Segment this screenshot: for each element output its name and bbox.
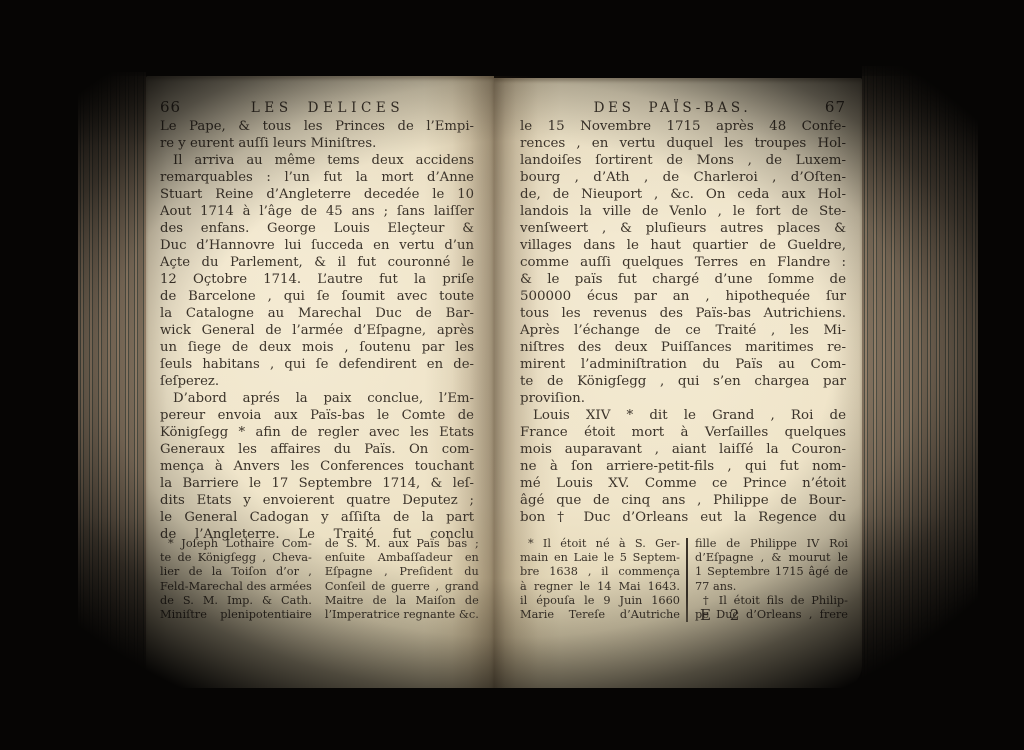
left-page-text: 66 LES DELICES Le Pape, & tous les Princ… [160,98,474,543]
footnote-line: lier de la Toiſon d’or , [160,565,312,579]
footnote-line: Feld-Marechal des armées [160,580,312,594]
footnote-line: * Il étoit né à S. Ger- [520,537,680,551]
body-text-line: mé Louis XV. Comme ce Prince n’étoit [520,475,846,492]
footnote-line: 1 Septembre 1715 âgé de [695,565,848,579]
body-text-line: landois la ville de Venlo , le fort de S… [520,203,846,220]
body-text-line: 12 Oçtobre 1714. L’autre fut la priſe [160,271,474,288]
left-footnote: * Joſeph Lothaire Com-te de Königſegg , … [160,537,476,622]
body-text-line: bourg , d’Ath , de Charleroi , d’Oſten- [520,169,846,186]
body-text-line: mença à Anvers les Conferences touchant [160,458,474,475]
body-text-line: remarquables : l’un fut la mort d’Anne [160,169,474,186]
body-text-line: mois auparavant , aiant laiſſé la Couron… [520,441,846,458]
body-text-line: Il arriva au même tems deux accidens [160,152,474,169]
body-text-line: proviſion. [520,390,846,407]
book-photo: 66 LES DELICES Le Pape, & tous les Princ… [0,0,1024,750]
footnote-line: de S. M. aux Païs bas ; [325,537,479,551]
body-text-line: landoiſes ſortirent de Mons , de Luxem- [520,152,846,169]
right-fore-edge [862,66,978,690]
left-page-number: 66 [160,98,181,116]
body-text-line: wick General de l’armée d’Eſpagne, après [160,322,474,339]
right-running-head: DES PAÏS-BAS. 67 [520,98,846,117]
right-page-number: 67 [825,98,846,116]
footnote-column: * Il étoit né à S. Ger-main en Laie le 5… [520,537,680,622]
right-running-title: DES PAÏS-BAS. [520,100,825,116]
body-text-line: ſeſperez. [160,373,474,390]
footnote-line: te de Königſegg , Cheva- [160,551,312,565]
body-text-line: de, de Nieuport , &c. On ceda aux Hol- [520,186,846,203]
left-running-head: 66 LES DELICES [160,98,474,117]
body-text-line: venſweert , & pluſieurs autres places & [520,220,846,237]
right-footnote: * Il étoit né à S. Ger-main en Laie le 5… [520,537,848,622]
body-text-line: Königſegg * afin de regler avec les Etat… [160,424,474,441]
body-text-line: D’abord aprés la paix conclue, l’Em- [160,390,474,407]
body-text-line: Açte du Parlement, & il fut couronné le [160,254,474,271]
left-fore-edge [78,72,146,690]
footnote-line: bre 1638 , il commença [520,565,680,579]
footnote-line: 77 ans. [695,580,848,594]
right-page-text: DES PAÏS-BAS. 67 le 15 Novembre 1715 apr… [520,98,846,526]
body-text-line: & le païs fut chargé d’une ſomme de [520,271,846,288]
footnote-line: il épouſa le 9 Juin 1660 [520,594,680,608]
body-text-line: Stuart Reine d’Angleterre decedée le 10 [160,186,474,203]
body-text-line: rences , en vertu duquel les troupes Hol… [520,135,846,152]
footnote-line: fille de Philippe IV Roi [695,537,848,551]
left-running-title: LES DELICES [181,100,474,116]
body-text-line: dits Etats y envoierent quatre Deputez ; [160,492,474,509]
body-text-line: Aout 1714 à l’âge de 45 ans ; ſans laiſſ… [160,203,474,220]
body-text-line: Le Pape, & tous les Princes de l’Empi- [160,118,474,135]
body-text-line: mirent l’adminiſtration du Païs au Com- [520,356,846,373]
signature-mark: E 2 [700,606,746,624]
footnote-line: de S. M. Imp. & Cath. [160,594,312,608]
body-text-line: Après l’échange de ce Traité , les Mi- [520,322,846,339]
body-text-line: comme auſſi quelques Terres en Flandre : [520,254,846,271]
top-shadow [0,0,1024,76]
body-text-line: âgé que de cinq ans , Philippe de Bour- [520,492,846,509]
footnote-line: Conſeil de guerre , grand [325,580,479,594]
body-text-line: villages dans le haut quartier de Gueldr… [520,237,846,254]
body-text-line: pereur envoia aux Païs-bas le Comte de [160,407,474,424]
body-text-line: 500000 écus par an , hipothequée ſur [520,288,846,305]
footnote-line: d’Eſpagne , & mourut le [695,551,848,565]
body-text-line: ne à ſon arriere-petit-fils , qui fut no… [520,458,846,475]
footnote-column: de S. M. aux Païs bas ;enſuite Ambaſſade… [325,537,479,622]
body-text-line: bon † Duc d’Orleans eut la Regence du [520,509,846,526]
footnote-line: Eſpagne , Preſident du [325,565,479,579]
footnote-line: enſuite Ambaſſadeur en [325,551,479,565]
body-text-line: ſeuls habitans , qui ſe defendirent en d… [160,356,474,373]
bottom-shadow [0,688,1024,750]
body-text-line: un ſiege de deux mois , ſoutenu par les [160,339,474,356]
body-text-line: la Barriere le 17 Septembre 1714, & leſ- [160,475,474,492]
footnote-line: Marie Tereſe d’Autriche [520,608,680,622]
body-text-line: le 15 Novembre 1715 après 48 Confe- [520,118,846,135]
body-text-line: le General Cadogan y aſſiſta de la part [160,509,474,526]
body-text-line: te de Königſegg , qui s’en chargea par [520,373,846,390]
body-text-line: des enfans. George Louis Eleçteur & [160,220,474,237]
body-text-line: France étoit mort à Verſailles quelques [520,424,846,441]
footnote-column: * Joſeph Lothaire Com-te de Königſegg , … [160,537,312,622]
footnote-line: * Joſeph Lothaire Com- [160,537,312,551]
body-text-line: la Catalogne au Marechal Duc de Bar- [160,305,474,322]
body-text-line: Louis XIV * dit le Grand , Roi de [520,407,846,424]
body-text-line: Duc d’Hannovre lui ſucceda en vertu d’un [160,237,474,254]
body-text-line: niſtres des deux Puiſſances maritimes re… [520,339,846,356]
body-text-line: re y eurent auſſi leurs Miniſtres. [160,135,474,152]
footnote-line: à regner le 14 Mai 1643. [520,580,680,594]
footnote-line: Miniſtre plenipotentiaire [160,608,312,622]
right-body-text: le 15 Novembre 1715 après 48 Confe-rence… [520,118,846,526]
left-body-text: Le Pape, & tous les Princes de l’Empi-re… [160,118,474,543]
body-text-line: de Barcelone , qui ſe ſoumit avec toute [160,288,474,305]
body-text-line: tous les revenus des Païs-bas Autrichien… [520,305,846,322]
footnote-line: main en Laie le 5 Septem- [520,551,680,565]
footnote-line: l’Imperatrice regnante &c. [325,608,479,622]
body-text-line: Generaux les affaires du Païs. On com- [160,441,474,458]
footnote-divider [686,538,688,622]
footnote-line: Maitre de la Maiſon de [325,594,479,608]
